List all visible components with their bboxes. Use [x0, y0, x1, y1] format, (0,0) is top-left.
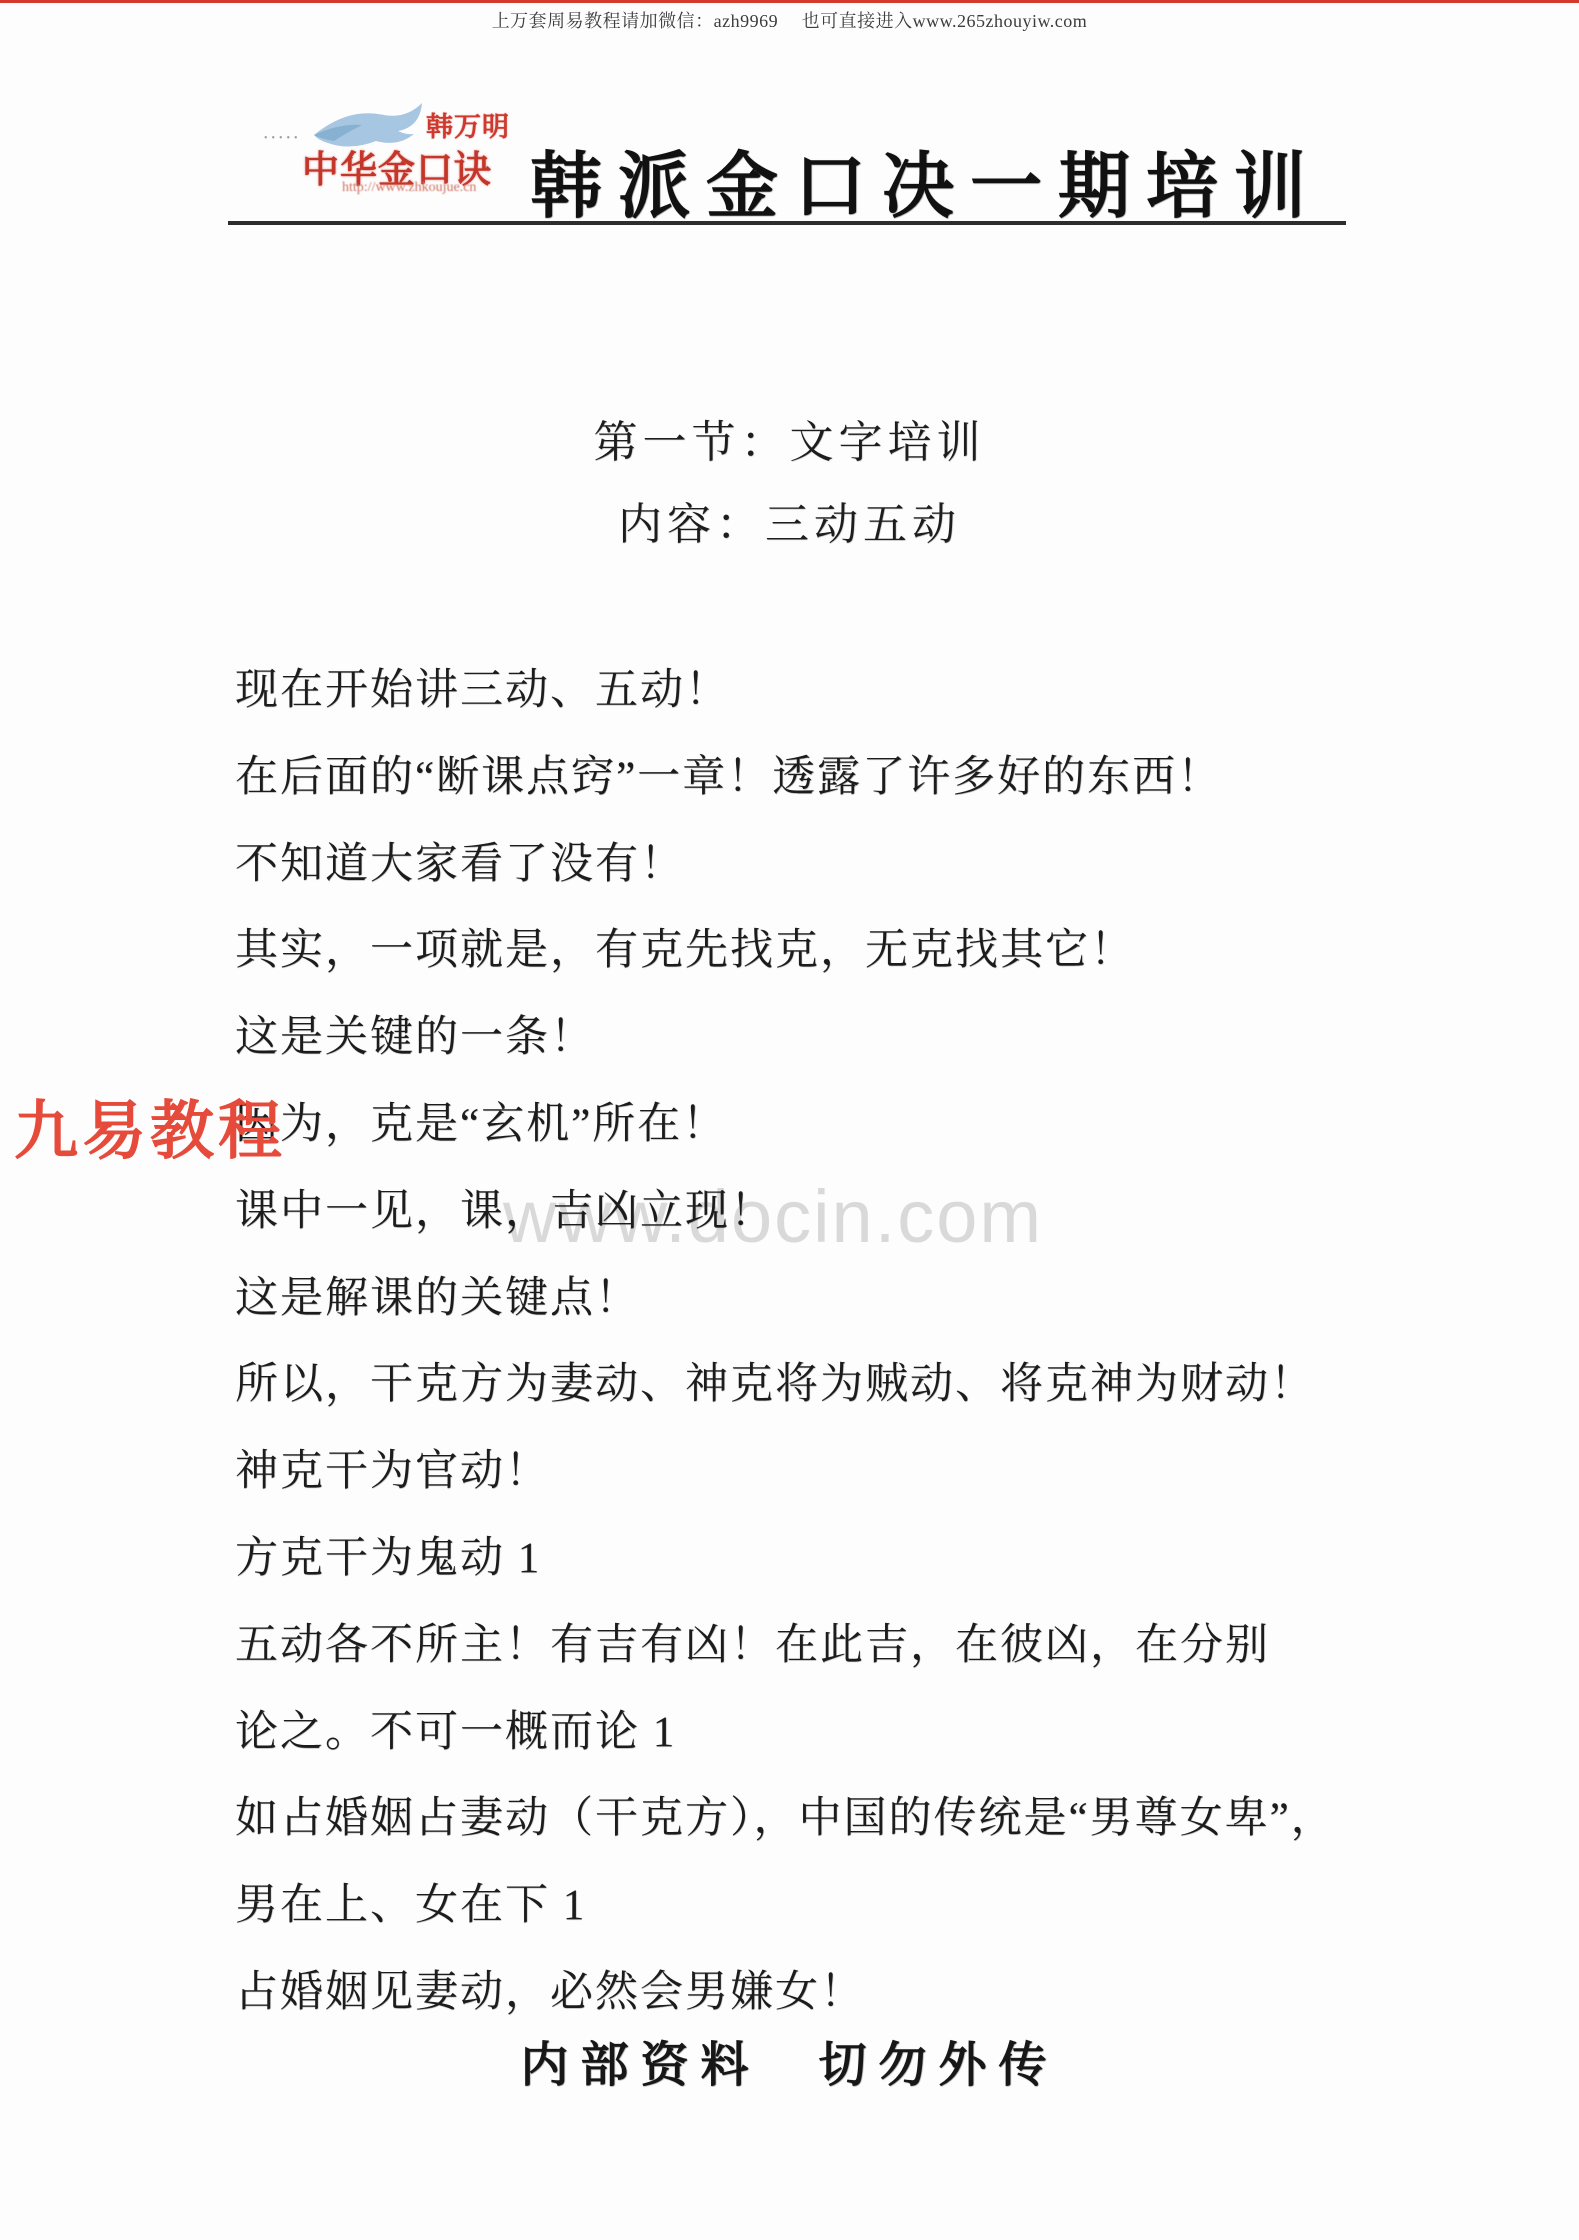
body-line: 这是关键的一条！ [235, 995, 1365, 1082]
footer-confidential-note: 内部资料切勿外传 [0, 2026, 1579, 2095]
body-line: 课中一见，课，吉凶立现！ [235, 1169, 1365, 1256]
scanned-document-page: 上万套周易教程请加微信：azh9969 也可直接进入www.265zhouyiw… [0, 0, 1579, 2240]
logo-dots-decoration: ••••• [264, 133, 302, 144]
brand-logo: ••••• 韩万明 中华金口诀 http://www.zhkoujue.cn [258, 103, 528, 213]
footer-left-text: 内部资料 [520, 2039, 760, 2092]
section-title: 第一节：文字培训 [0, 406, 1579, 470]
section-subtitle: 内容：三动五动 [0, 488, 1579, 552]
top-promo-notice: 上万套周易教程请加微信：azh9969 也可直接进入www.265zhouyiw… [0, 7, 1579, 33]
document-calligraphy-title: 韩派金口决一期培训 [530, 128, 1322, 232]
footer-right-text: 切勿外传 [819, 2039, 1059, 2092]
body-line: 不知道大家看了没有！ [235, 822, 1365, 909]
jiuyi-tutorial-watermark: 九易教程 [14, 1080, 286, 1172]
body-line: 五动各不所主！有吉有凶！在此吉，在彼凶，在分别 [235, 1603, 1365, 1690]
body-line: 如占婚姻占妻动（干克方），中国的传统是“男尊女卑”， [235, 1776, 1365, 1863]
body-line: 所以，干克方为妻动、神克将为贼动、将克神为财动！ [235, 1342, 1365, 1429]
body-text-block: 现在开始讲三动、五动！ 在后面的“断课点窍”一章！透露了许多好的东西！ 不知道大… [235, 648, 1365, 2037]
body-line: 论之。不可一概而论 1 [235, 1690, 1365, 1777]
body-line: 男在上、女在下 1 [235, 1863, 1365, 1950]
body-line: 神克干为官动！ [235, 1429, 1365, 1516]
body-line: 在后面的“断课点窍”一章！透露了许多好的东西！ [235, 735, 1365, 822]
body-line: 因为，克是“玄机”所在！ [235, 1082, 1365, 1169]
top-red-rule [0, 0, 1579, 3]
body-line: 占婚姻见妻动，必然会男嫌女！ [235, 1950, 1365, 2037]
header-divider-rule [228, 221, 1346, 225]
body-line: 现在开始讲三动、五动！ [235, 648, 1365, 735]
body-line: 其实，一项就是，有克先找克，无克找其它！ [235, 908, 1365, 995]
body-line: 这是解课的关键点！ [235, 1256, 1365, 1343]
logo-website-url: http://www.zhkoujue.cn [342, 180, 476, 196]
body-line: 方克干为鬼动 1 [235, 1516, 1365, 1603]
